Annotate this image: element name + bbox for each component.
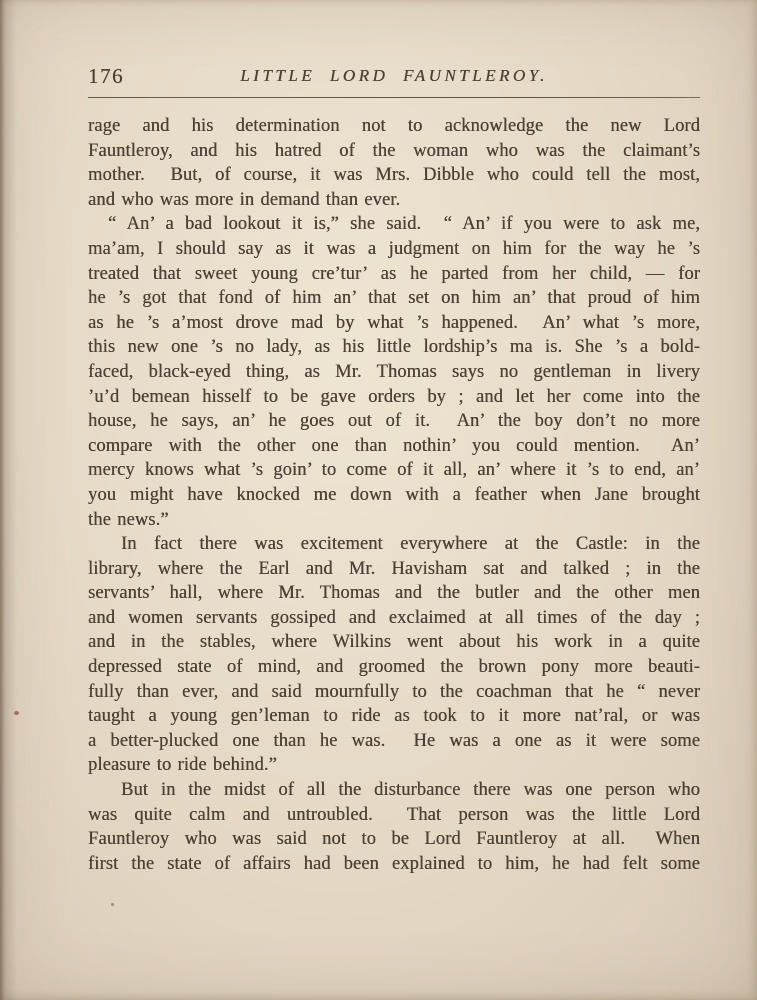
text-line: this new one ’s no lady, as his little l… — [88, 335, 700, 360]
text-line: and women servants gossiped and exclaime… — [88, 606, 700, 631]
text-line: servants’ hall, where Mr. Thomas and the… — [88, 581, 700, 606]
text-line: he ’s got that fond of him an’ that set … — [88, 286, 700, 311]
text-line: taught a young gen’leman to ride as took… — [88, 704, 700, 729]
text-line: and who was more in demand than ever. — [88, 188, 700, 213]
running-title: LITTLE LORD FAUNTLEROY. — [88, 62, 700, 90]
page-text: rage and his determination not to acknow… — [88, 114, 700, 876]
text-line: mother. But, of course, it was Mrs. Dibb… — [88, 163, 700, 188]
text-line: Fauntleroy, and his hatred of the woman … — [88, 139, 700, 164]
text-line: Fauntleroy who was said not to be Lord F… — [88, 827, 700, 852]
text-line: was quite calm and untroubled. That pers… — [88, 803, 700, 828]
text-line: rage and his determination not to acknow… — [88, 114, 700, 139]
text-line: ’u’d bemean hisself to be gave orders by… — [88, 385, 700, 410]
page-header: 176 LITTLE LORD FAUNTLEROY. — [88, 62, 700, 90]
text-line: treated that sweet young cre’tur’ as he … — [88, 262, 700, 287]
text-line: fully than ever, and said mournfully to … — [88, 680, 700, 705]
header-rule — [88, 97, 700, 98]
text-line: first the state of affairs had been expl… — [88, 852, 700, 877]
text-line: you might have knocked me down with a fe… — [88, 483, 700, 508]
text-line: the news.” — [88, 508, 700, 533]
text-line: “ An’ a bad lookout it is,” she said. “ … — [88, 212, 700, 237]
text-line: pleasure to ride behind.” — [88, 753, 700, 778]
text-line: compare with the other one than nothin’ … — [88, 434, 700, 459]
text-line: and in the stables, where Wilkins went a… — [88, 630, 700, 655]
text-line: ma’am, I should say as it was a judgment… — [88, 237, 700, 262]
text-line: as he ’s a’most drove mad by what ’s hap… — [88, 311, 700, 336]
text-line: library, where the Earl and Mr. Havisham… — [88, 557, 700, 582]
text-line: But in the midst of all the disturbance … — [88, 778, 700, 803]
text-line: depressed state of mind, and groomed the… — [88, 655, 700, 680]
text-line: a better-plucked one than he was. He was… — [88, 729, 700, 754]
text-line: In fact there was excitement everywhere … — [88, 532, 700, 557]
text-line: faced, black-eyed thing, as Mr. Thomas s… — [88, 360, 700, 385]
text-line: house, he says, an’ he goes out of it. A… — [88, 409, 700, 434]
text-line: mercy knows what ’s goin’ to come of it … — [88, 458, 700, 483]
